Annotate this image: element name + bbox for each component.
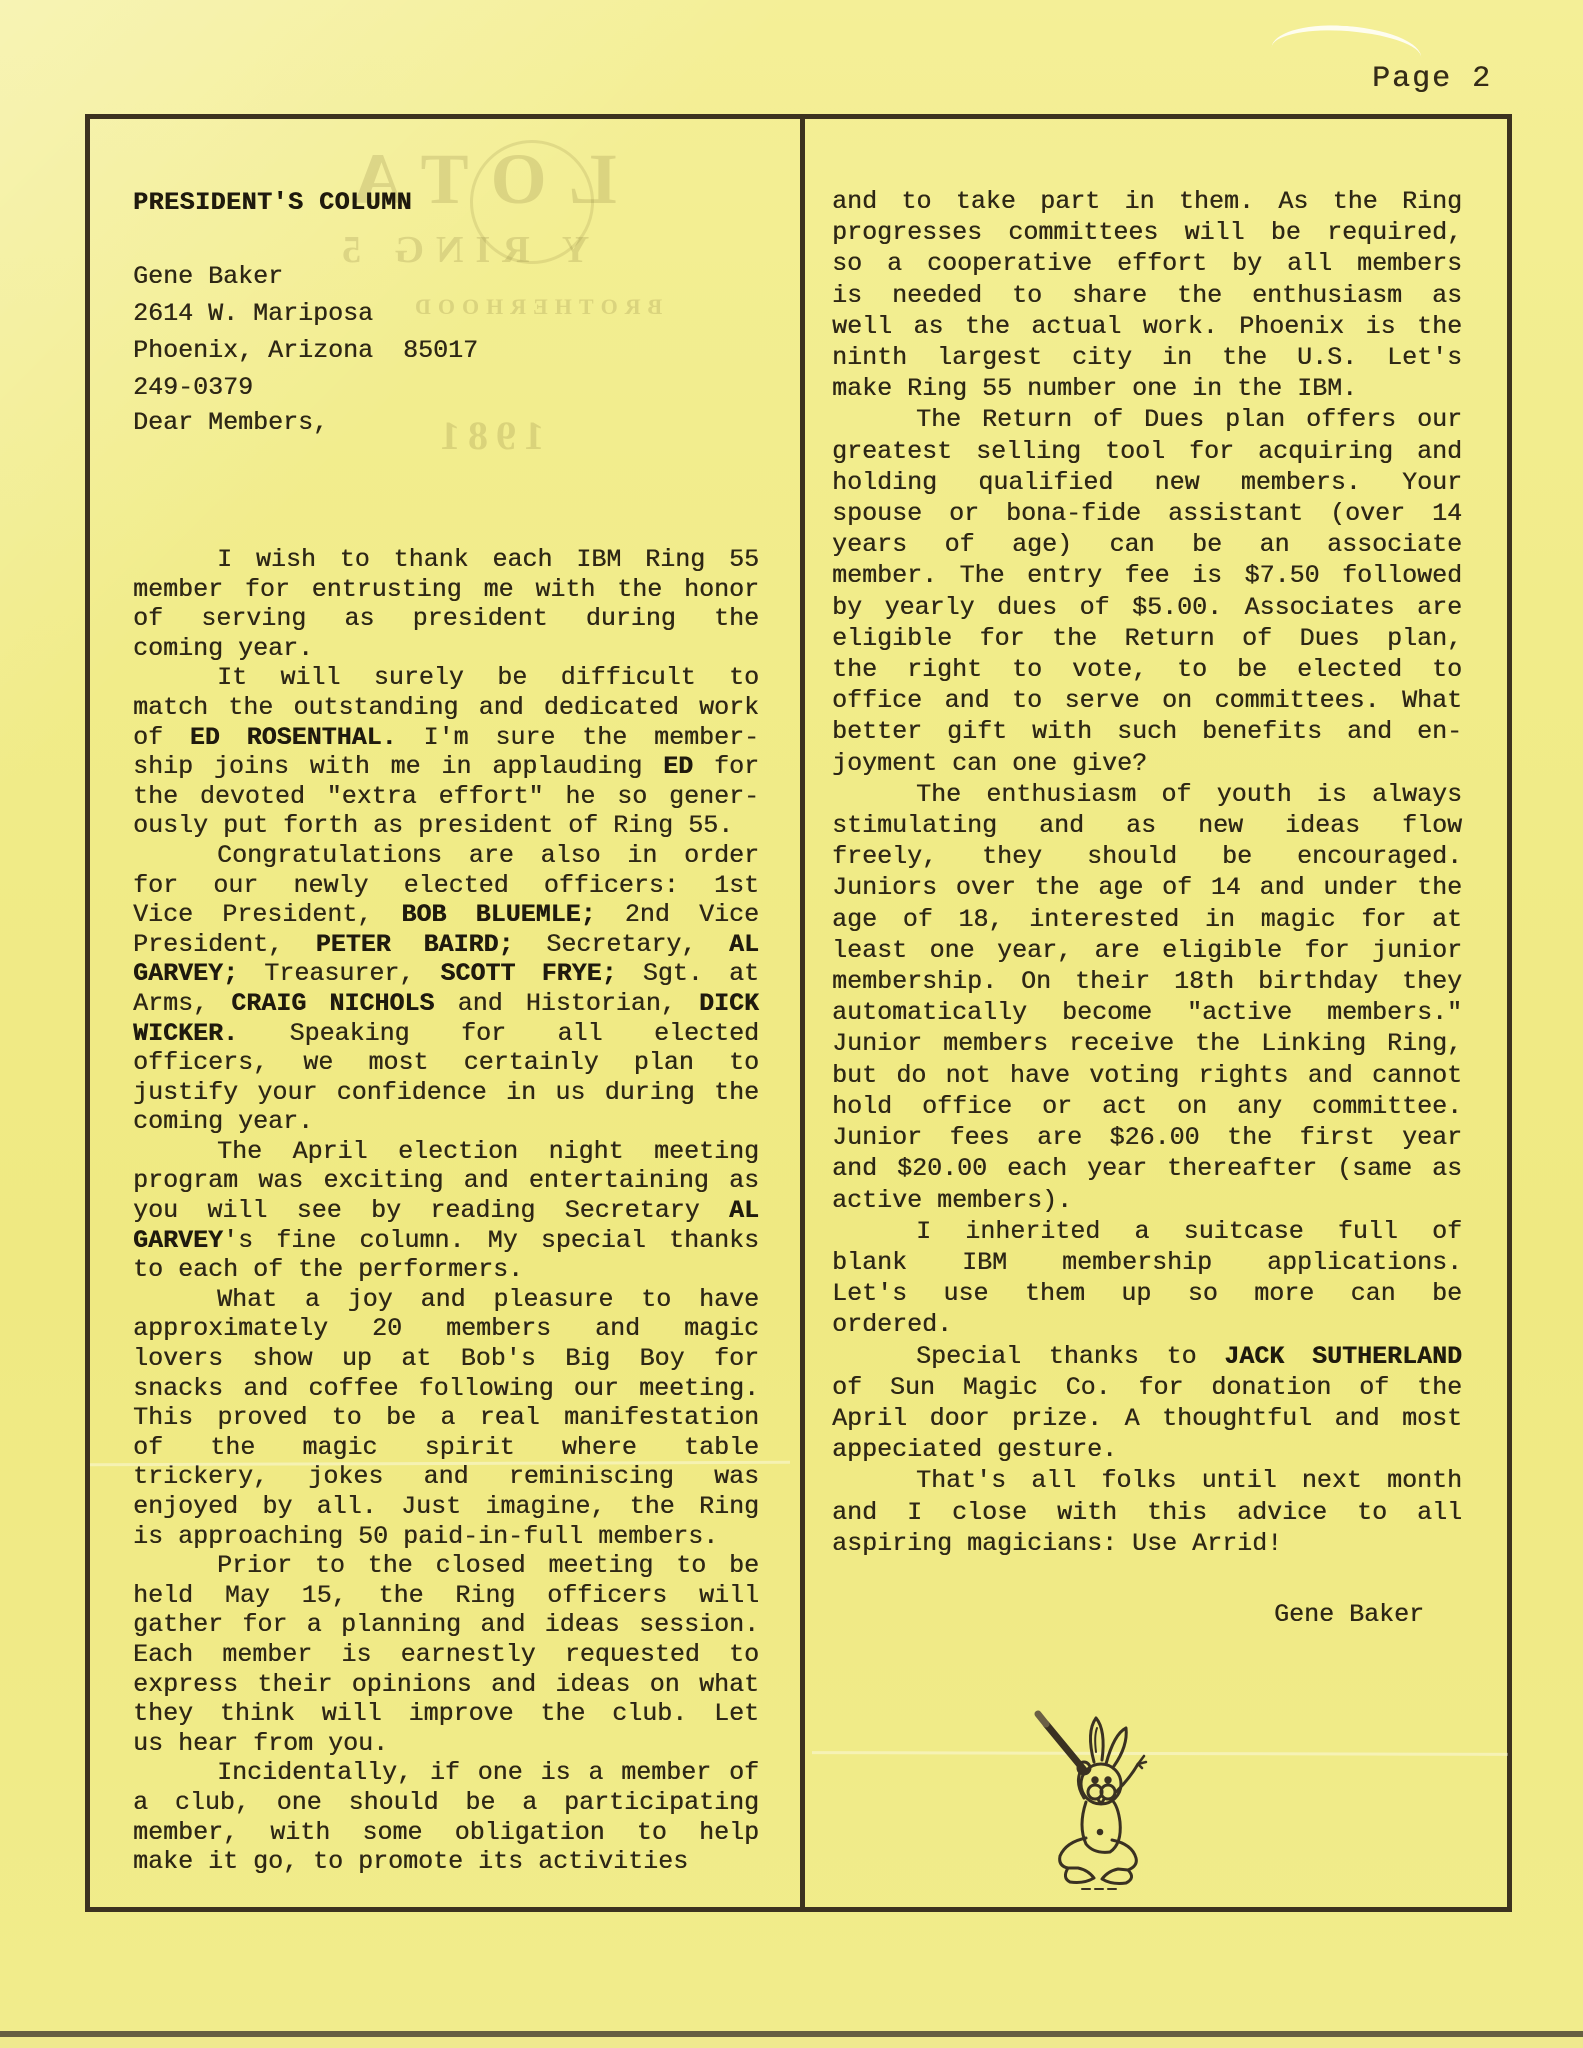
text-line: for our newly elected officers: 1st: [133, 871, 759, 901]
text-line: member. The entry fee is $7.50 followed: [832, 560, 1462, 591]
text-line: office and to serve on committees. What: [832, 685, 1462, 716]
text-line: Incidentally, if one is a member of: [133, 1758, 759, 1788]
text-line: of ED ROSENTHAL. I'm sure the member-: [133, 723, 759, 753]
text-line: approximately 20 members and magic: [133, 1314, 759, 1344]
text-line: automatically become "active members.": [832, 997, 1462, 1028]
text-line: least one year, are eligible for junior: [832, 935, 1462, 966]
text-line: they think will improve the club. Let: [133, 1699, 759, 1729]
text-line: lovers show up at Bob's Big Boy for: [133, 1344, 759, 1374]
text-line: April door prize. A thoughtful and most: [832, 1403, 1462, 1434]
page-number: Page 2: [1372, 62, 1492, 96]
text-line: enjoyed by all. Just imagine, the Ring: [133, 1492, 759, 1522]
text-line: Junior fees are $26.00 the first year: [832, 1122, 1462, 1153]
text-line: Each member is earnestly requested to: [133, 1640, 759, 1670]
author-address-block: Gene Baker 2614 W. Mariposa Phoenix, Ari…: [133, 258, 759, 406]
text-line: eligible for the Return of Dues plan,: [832, 623, 1462, 654]
column-divider-rule: [800, 114, 805, 1912]
text-line: Let's use them up so more can be: [832, 1278, 1462, 1309]
author-city-state-zip: Phoenix, Arizona 85017: [133, 332, 759, 369]
text-line: Juniors over the age of 14 and under the: [832, 872, 1462, 903]
text-line: to each of the performers.: [133, 1255, 759, 1285]
text-line: is approaching 50 paid-in-full members.: [133, 1522, 759, 1552]
text-line: trickery, jokes and reminiscing was: [133, 1462, 759, 1492]
text-line: snacks and coffee following our meeting.: [133, 1374, 759, 1404]
text-line: I inherited a suitcase full of: [832, 1216, 1462, 1247]
text-line: The Return of Dues plan offers our: [832, 404, 1462, 435]
salutation: Dear Members,: [133, 408, 759, 438]
left-column-body: I wish to thank each IBM Ring 55member f…: [133, 545, 759, 1877]
text-line: blank IBM membership applications.: [832, 1247, 1462, 1278]
author-phone: 249-0379: [133, 369, 759, 406]
text-line: of Sun Magic Co. for donation of the: [832, 1372, 1462, 1403]
text-line: ordered.: [832, 1309, 1462, 1340]
right-column: and to take part in them. As the Ringpro…: [832, 186, 1462, 1630]
text-line: WICKER. Speaking for all elected: [133, 1019, 759, 1049]
newsletter-page: LOTA Y RING 5 BROTHERHOOD 1981 Page 2 PR…: [0, 0, 1583, 2048]
text-line: but do not have voting rights and cannot: [832, 1060, 1462, 1091]
text-line: gather for a planning and ideas session.: [133, 1610, 759, 1640]
text-line: member, with some obligation to help: [133, 1818, 759, 1848]
text-line: coming year.: [133, 634, 759, 664]
paper-scratch-mark: [1271, 22, 1422, 61]
text-line: is needed to share the enthusiasm as: [832, 280, 1462, 311]
text-line: holding qualified new members. Your: [832, 467, 1462, 498]
author-name: Gene Baker: [133, 258, 759, 295]
text-line: the devoted "extra effort" he so gener-: [133, 782, 759, 812]
text-line: member for entrusting me with the honor: [133, 575, 759, 605]
text-line: What a joy and pleasure to have: [133, 1285, 759, 1315]
right-column-body: and to take part in them. As the Ringpro…: [832, 186, 1462, 1559]
text-line: justify your confidence in us during the: [133, 1078, 759, 1108]
text-line: hold office or act on any committee.: [832, 1091, 1462, 1122]
text-line: held May 15, the Ring officers will: [133, 1581, 759, 1611]
text-line: Junior members receive the Linking Ring,: [832, 1028, 1462, 1059]
text-line: It will surely be difficult to: [133, 663, 759, 693]
text-line: make it go, to promote its activities: [133, 1847, 759, 1877]
text-line: program was exciting and entertaining as: [133, 1166, 759, 1196]
column-heading: PRESIDENT'S COLUMN: [133, 188, 759, 218]
text-line: This proved to be a real manifestation: [133, 1403, 759, 1433]
text-line: appeciated gesture.: [832, 1434, 1462, 1465]
text-line: coming year.: [133, 1107, 759, 1137]
text-line: progresses committees will be required,: [832, 217, 1462, 248]
text-line: That's all folks until next month: [832, 1465, 1462, 1496]
text-line: and $20.00 each year thereafter (same as: [832, 1153, 1462, 1184]
text-line: us hear from you.: [133, 1729, 759, 1759]
text-line: Arms, CRAIG NICHOLS and Historian, DICK: [133, 989, 759, 1019]
text-line: membership. On their 18th birthday they: [832, 966, 1462, 997]
text-line: years of age) can be an associate: [832, 529, 1462, 560]
text-line: ship joins with me in applauding ED for: [133, 752, 759, 782]
text-line: so a cooperative effort by all members: [832, 248, 1462, 279]
text-line: President, PETER BAIRD; Secretary, AL: [133, 930, 759, 960]
text-line: Special thanks to JACK SUTHERLAND: [832, 1341, 1462, 1372]
text-line: GARVEY's fine column. My special thanks: [133, 1226, 759, 1256]
text-line: I wish to thank each IBM Ring 55: [133, 545, 759, 575]
text-line: a club, one should be a participating: [133, 1788, 759, 1818]
text-line: Congratulations are also in order: [133, 841, 759, 871]
text-line: and I close with this advice to all: [832, 1497, 1462, 1528]
text-line: GARVEY; Treasurer, SCOTT FRYE; Sgt. at: [133, 959, 759, 989]
text-line: stimulating and as new ideas flow: [832, 810, 1462, 841]
text-line: better gift with such benefits and en-: [832, 716, 1462, 747]
text-line: officers, we most certainly plan to: [133, 1048, 759, 1078]
rabbit-with-wand-drawing: [1032, 1702, 1164, 1892]
magician-rabbit-illustration: [1032, 1702, 1164, 1897]
text-line: Prior to the closed meeting to be: [133, 1551, 759, 1581]
text-line: of serving as president during the: [133, 604, 759, 634]
text-line: ously put forth as president of Ring 55.: [133, 811, 759, 841]
signature: Gene Baker: [832, 1599, 1462, 1630]
text-line: spouse or bona-fide assistant (over 14: [832, 498, 1462, 529]
text-line: express their opinions and ideas on what: [133, 1670, 759, 1700]
text-line: the right to vote, to be elected to: [832, 654, 1462, 685]
text-line: make Ring 55 number one in the IBM.: [832, 373, 1462, 404]
text-line: well as the actual work. Phoenix is the: [832, 311, 1462, 342]
text-line: and to take part in them. As the Ring: [832, 186, 1462, 217]
text-line: greatest selling tool for acquiring and: [832, 436, 1462, 467]
scan-below-edge: [0, 2037, 1583, 2048]
text-line: freely, they should be encouraged.: [832, 841, 1462, 872]
text-line: ninth largest city in the U.S. Let's: [832, 342, 1462, 373]
text-line: of the magic spirit where table: [133, 1433, 759, 1463]
text-line: active members).: [832, 1185, 1462, 1216]
text-line: age of 18, interested in magic for at: [832, 904, 1462, 935]
text-line: joyment can one give?: [832, 748, 1462, 779]
text-line: The enthusiasm of youth is always: [832, 779, 1462, 810]
author-street: 2614 W. Mariposa: [133, 295, 759, 332]
text-line: The April election night meeting: [133, 1137, 759, 1167]
left-column: PRESIDENT'S COLUMN Gene Baker 2614 W. Ma…: [133, 188, 759, 1877]
text-line: Vice President, BOB BLUEMLE; 2nd Vice: [133, 900, 759, 930]
text-line: by yearly dues of $5.00. Associates are: [832, 592, 1462, 623]
text-line: you will see by reading Secretary AL: [133, 1196, 759, 1226]
text-line: aspiring magicians: Use Arrid!: [832, 1528, 1462, 1559]
text-line: match the outstanding and dedicated work: [133, 693, 759, 723]
